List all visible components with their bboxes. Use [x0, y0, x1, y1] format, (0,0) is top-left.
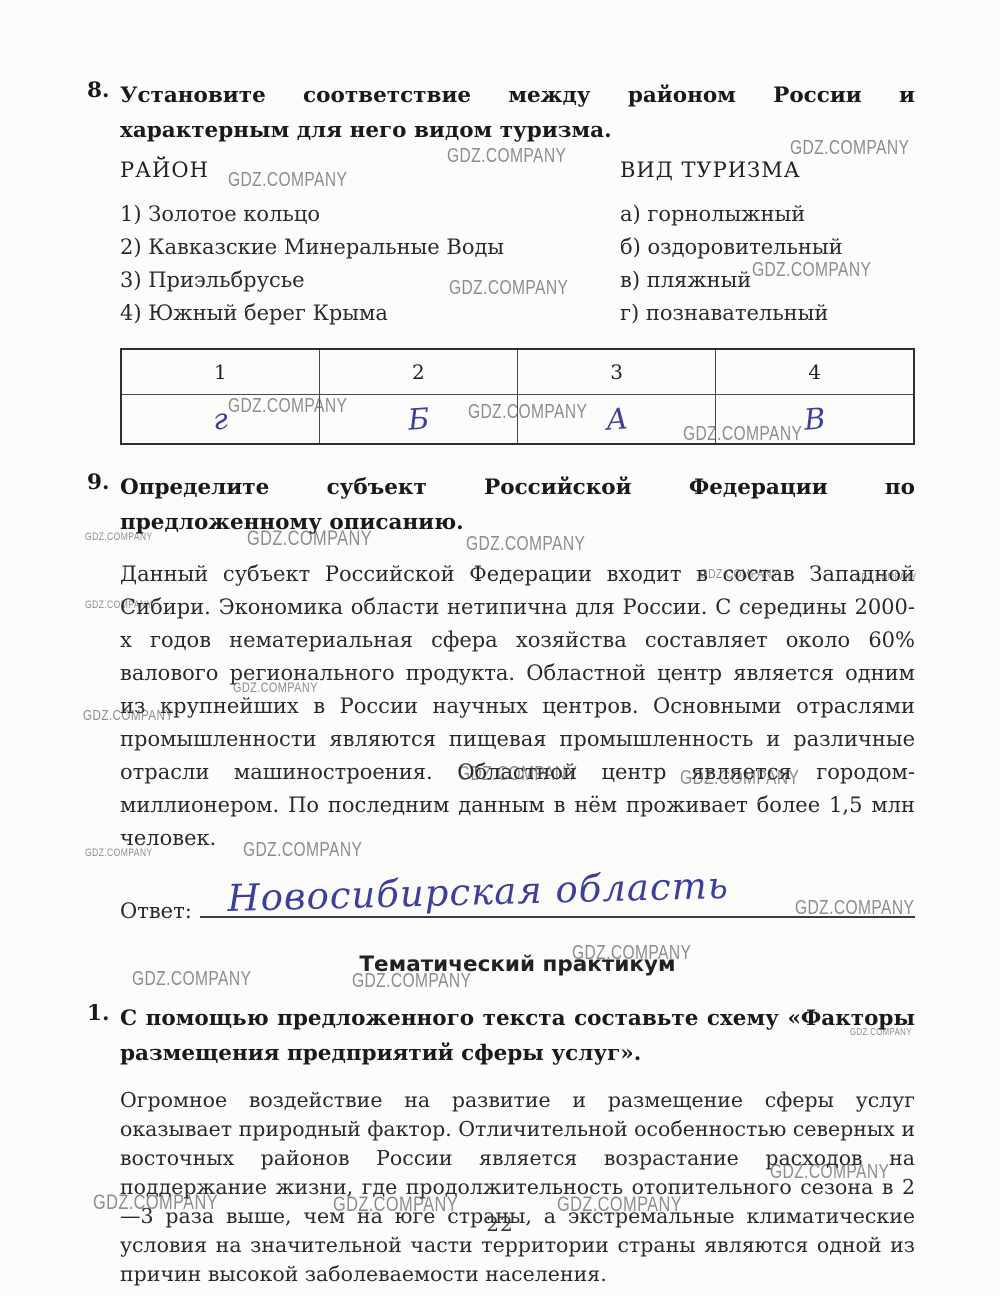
page-number: 22 — [0, 1212, 1000, 1236]
workbook-page: GDZ.COMPANYGDZ.COMPANYGDZ.COMPANYGDZ.COM… — [0, 0, 1000, 1296]
question-1-text: Огромное воздействие на развитие и разме… — [120, 1086, 915, 1289]
handwritten-answer: А — [604, 401, 628, 436]
table-header-cell: 4 — [716, 349, 914, 395]
table-answer-cell: А — [518, 395, 716, 445]
question-8-prompt: Установите соответствие между районом Ро… — [120, 78, 915, 148]
region-item: 4) Южный берег Крыма — [120, 297, 620, 330]
question-1-prompt: С помощью предложенного текста составьте… — [120, 1001, 915, 1071]
question-1-number: 1. — [87, 1001, 109, 1026]
tourism-item: г) познавательный — [620, 297, 915, 330]
region-item: 2) Кавказские Минеральные Воды — [120, 231, 620, 264]
matching-columns: РАЙОН 1) Золотое кольцо 2) Кавказские Ми… — [120, 155, 915, 330]
handwritten-answer: г — [212, 402, 229, 437]
answer-line: Новосибирская область — [200, 876, 915, 918]
question-9: 9. Определите субъект Российской Федерац… — [120, 470, 915, 918]
region-column: РАЙОН 1) Золотое кольцо 2) Кавказские Ми… — [120, 155, 620, 330]
page-content: 8. Установите соответствие между районом… — [120, 78, 915, 1289]
handwritten-answer: Б — [407, 401, 431, 436]
table-answer-cell: В — [716, 395, 914, 445]
answers-table: 1 2 3 4 г Б А В — [120, 348, 915, 445]
question-1: 1. С помощью предложенного текста состав… — [120, 1001, 915, 1289]
answers-table-header-row: 1 2 3 4 — [121, 349, 914, 395]
tourism-column-header: ВИД ТУРИЗМА — [620, 155, 915, 185]
question-9-description: Данный субъект Российской Федерации вход… — [120, 558, 915, 855]
region-column-header: РАЙОН — [120, 155, 620, 185]
question-8-number: 8. — [87, 78, 109, 103]
answers-table-answer-row: г Б А В — [121, 395, 914, 445]
question-9-prompt: Определите субъект Российской Федерации … — [120, 470, 915, 540]
handwritten-region-answer: Новосибирская область — [227, 864, 730, 920]
table-header-cell: 1 — [121, 349, 319, 395]
tourism-column: ВИД ТУРИЗМА а) горнолыжный б) оздоровите… — [620, 155, 915, 330]
tourism-item: в) пляжный — [620, 264, 915, 297]
tourism-item: б) оздоровительный — [620, 231, 915, 264]
answer-label: Ответ: — [120, 899, 192, 923]
table-answer-cell: г — [121, 395, 319, 445]
region-item: 1) Золотое кольцо — [120, 198, 620, 231]
region-item: 3) Приэльбрусье — [120, 264, 620, 297]
practicum-heading: Тематический практикум — [120, 952, 915, 977]
handwritten-answer: В — [803, 401, 827, 436]
tourism-item: а) горнолыжный — [620, 198, 915, 231]
question-8: 8. Установите соответствие между районом… — [120, 78, 915, 445]
question-9-number: 9. — [87, 470, 109, 495]
table-answer-cell: Б — [319, 395, 517, 445]
answer-row: Ответ: Новосибирская область — [120, 876, 915, 918]
table-header-cell: 3 — [518, 349, 716, 395]
table-header-cell: 2 — [319, 349, 517, 395]
